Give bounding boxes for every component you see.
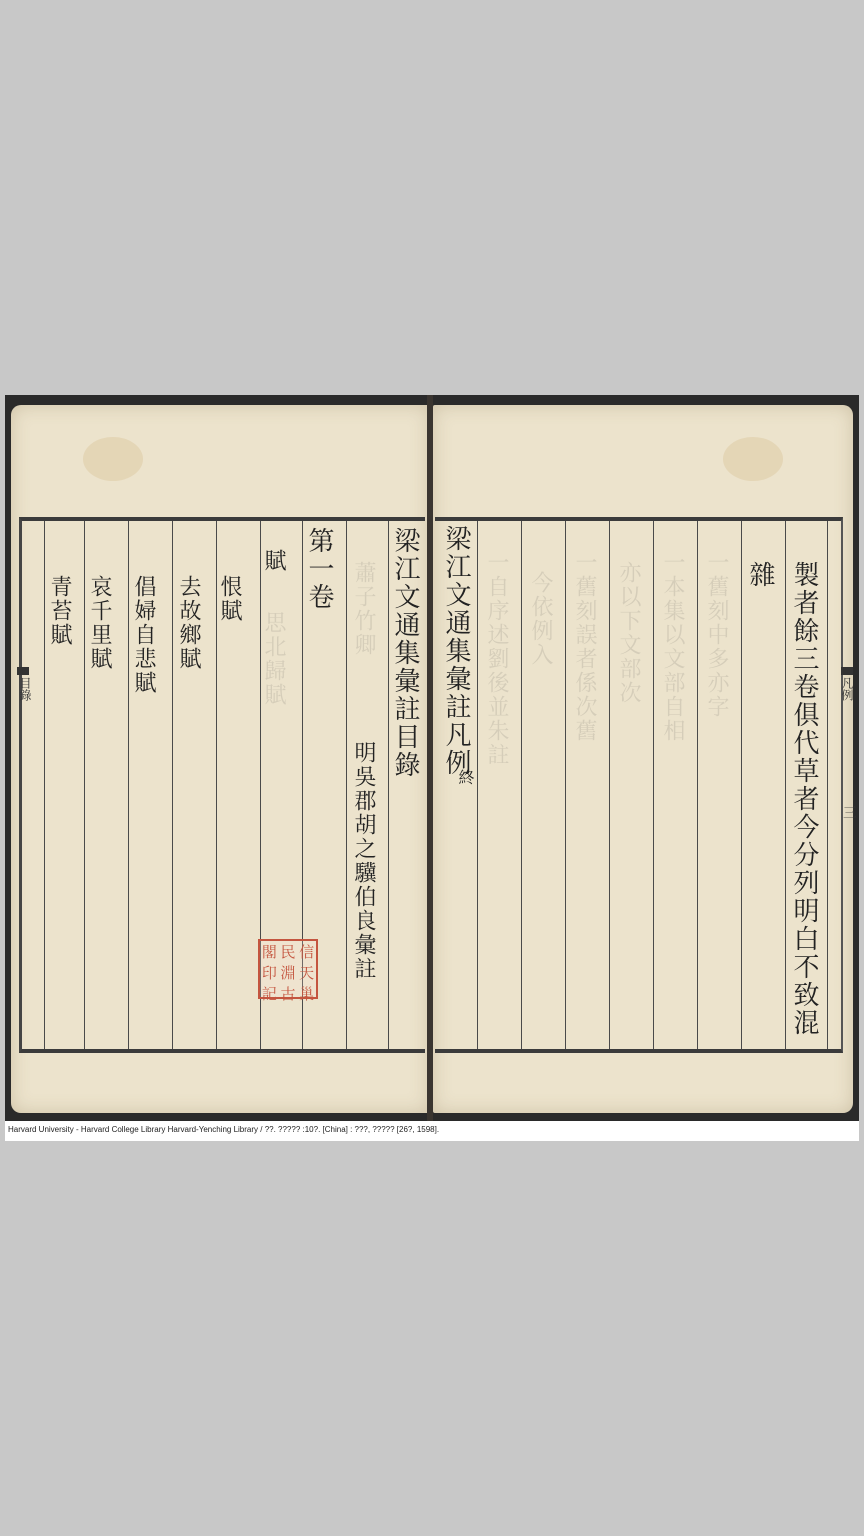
right-title-column: 梁江文通集彙註凡例 (443, 525, 469, 777)
left-margin-tab: 目錄 (17, 677, 34, 701)
end-mark: 終 (457, 769, 473, 787)
right-page-frame: 梁江文通集彙註凡例 終 雜 製者餘三卷俱代草者今分列明白不致混 一自序述劉後並朱… (435, 517, 843, 1053)
paper-stain (723, 437, 783, 481)
left-page-frame: 梁江文通集彙註目錄 明吳郡胡之驥伯良彙註 第一卷 賦 恨賦 去故鄉賦 倡婦自悲賦… (19, 517, 425, 1053)
section-heading: 第一卷 (306, 527, 332, 611)
red-seal: 閣 民 信 印 淵 天 記 古 巢 (258, 939, 318, 999)
left-page: 梁江文通集彙註目錄 明吳郡胡之驥伯良彙註 第一卷 賦 恨賦 去故鄉賦 倡婦自悲賦… (11, 405, 429, 1113)
image-caption: Harvard University - Harvard College Lib… (8, 1125, 439, 1134)
category-label: 賦 (262, 549, 284, 573)
right-page: 梁江文通集彙註凡例 終 雜 製者餘三卷俱代草者今分列明白不致混 一自序述劉後並朱… (433, 405, 853, 1113)
book-scan: 梁江文通集彙註目錄 明吳郡胡之驥伯良彙註 第一卷 賦 恨賦 去故鄉賦 倡婦自悲賦… (5, 395, 859, 1121)
toc-entry: 倡婦自悲賦 (132, 575, 154, 695)
text-column: 製者餘三卷俱代草者今分列明白不致混 (791, 561, 817, 1037)
folio-number: 三 (839, 805, 859, 819)
toc-entry: 恨賦 (218, 575, 240, 623)
image-viewer: 梁江文通集彙註目錄 明吳郡胡之驥伯良彙註 第一卷 賦 恨賦 去故鄉賦 倡婦自悲賦… (5, 395, 859, 1141)
category-label-right: 雜 (747, 561, 773, 589)
margin-tab-mark (17, 667, 29, 675)
toc-entry: 青苔賦 (48, 575, 70, 647)
paper-stain (83, 437, 143, 481)
left-title-column: 梁江文通集彙註目錄 (392, 527, 418, 779)
right-margin-tab: 凡例 (839, 677, 856, 701)
toc-entry: 哀千里賦 (88, 575, 110, 671)
toc-entry: 去故鄉賦 (177, 575, 199, 671)
author-column: 明吳郡胡之驥伯良彙註 (352, 741, 374, 981)
margin-tab-mark (841, 667, 853, 675)
